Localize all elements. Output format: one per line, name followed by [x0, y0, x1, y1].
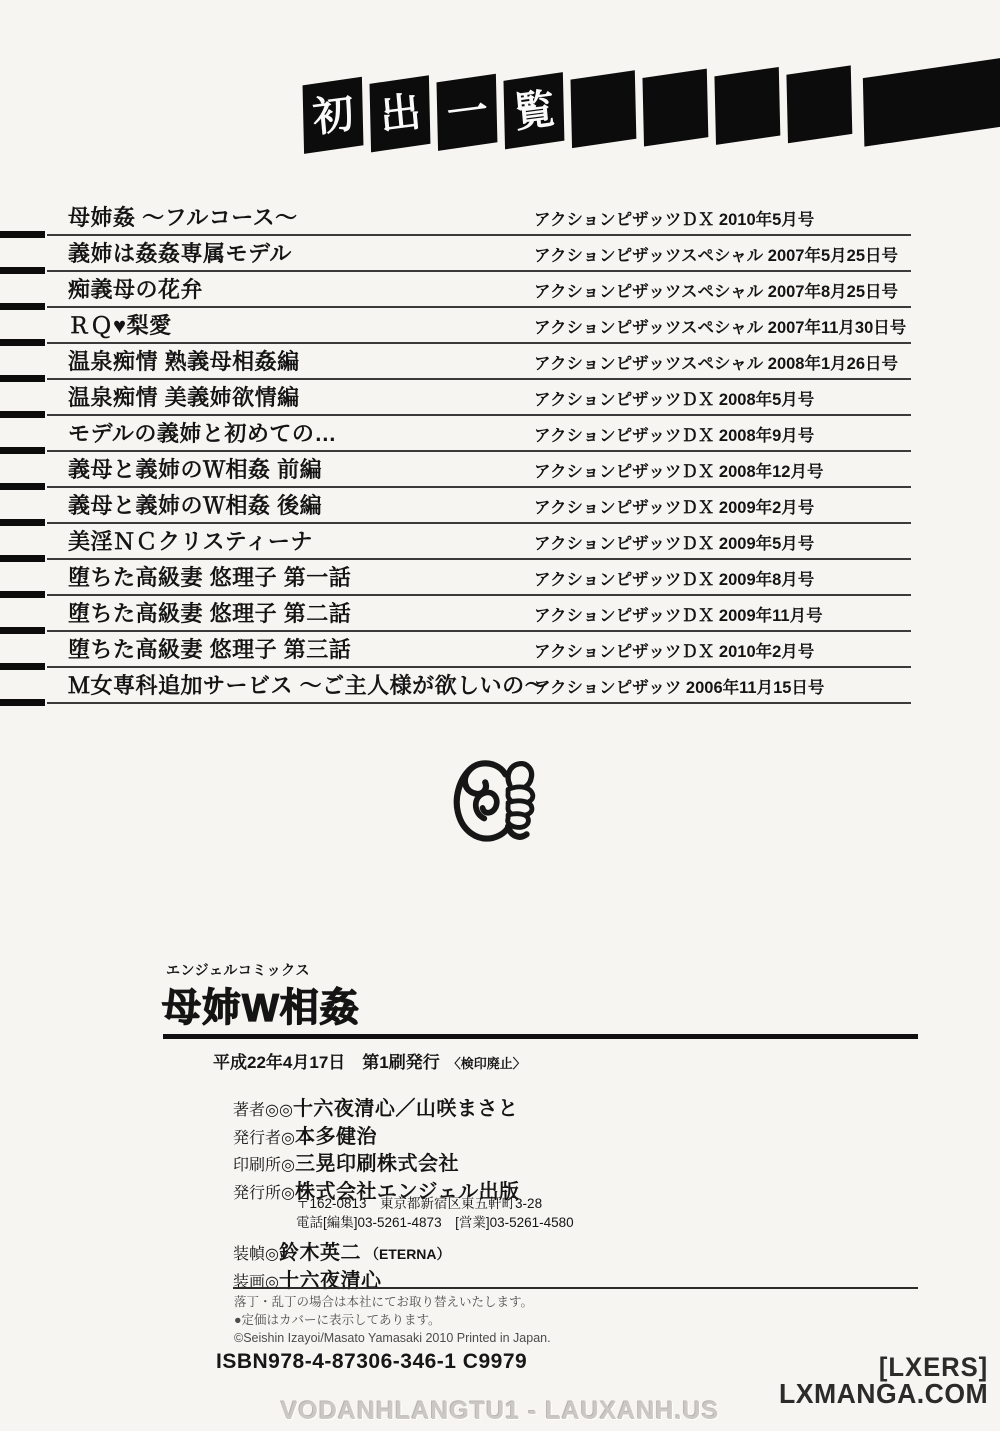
work-title: 義母と義姉のＷ相姦 後編 — [68, 489, 322, 520]
work-publication: アクションピザッツＤＸ 2009年8月号 — [534, 566, 814, 590]
work-publication: アクションピザッツスペシャル 2008年1月26日号 — [534, 350, 898, 374]
work-title: 温泉痴情 熟義母相姦編 — [68, 345, 300, 376]
work-row: 義母と義姉のＷ相姦 後編アクションピザッツＤＸ 2009年2月号 — [0, 488, 1000, 524]
credit-label: 発行者◎ — [233, 1125, 295, 1148]
work-row: モデルの義姉と初めての…アクションピザッツＤＸ 2008年9月号 — [0, 416, 1000, 452]
banner-tile: 覧 — [503, 72, 564, 149]
staff-name: 鈴木英二 — [279, 1236, 361, 1265]
first-publication-list: 母姉姦 ～フルコース～アクションピザッツＤＸ 2010年5月号 義姉は姦姦専属モ… — [0, 200, 1000, 720]
credit-label: 著者◎◎ — [233, 1097, 293, 1120]
work-publication: アクションピザッツスペシャル 2007年5月25日号 — [534, 242, 898, 266]
work-row: Ｍ女専科追加サービス ～ご主人様が欲しいの～アクションピザッツ 2006年11月… — [0, 668, 1000, 704]
work-title: ＲＱ♥梨愛 — [68, 309, 172, 340]
work-title: 義姉は姦姦専属モデル — [68, 237, 292, 268]
isbn-line: ISBN978-4-87306-346-1 C9979 — [216, 1350, 527, 1374]
work-title: モデルの義姉と初めての… — [68, 417, 337, 448]
credit-row-author: 著者◎◎十六夜清心／山咲まさと — [233, 1092, 520, 1120]
first-publication-banner: 初 出 一 覧 — [302, 66, 1000, 150]
angel-a-logo-graphic — [450, 754, 538, 846]
banner-tile: 初 — [303, 77, 364, 154]
work-publication: アクションピザッツＤＸ 2010年2月号 — [534, 638, 814, 662]
work-row: 温泉痴情 熟義母相姦編アクションピザッツスペシャル 2008年1月26日号 — [0, 344, 1000, 380]
work-publication: アクションピザッツＤＸ 2008年12月号 — [534, 458, 824, 482]
publisher-phone-numbers: 電話[編集]03-5261-4873 [営業]03-5261-4580 — [296, 1213, 574, 1232]
book-title: 母姉W相姦 — [162, 977, 360, 1033]
row-marker-bar — [0, 699, 45, 706]
notices-block: 落丁・乱丁の場合は本社にてお取り替えいたします。 ●定価はカバーに表示してありま… — [234, 1294, 551, 1347]
staff-row-cover-design: 装幀◎鈴木英二（ETERNA） — [233, 1236, 451, 1264]
work-row: ＲＱ♥梨愛アクションピザッツスペシャル 2007年11月30日号 — [0, 308, 1000, 344]
banner-blank-tile — [863, 57, 1000, 147]
edition-note: 〈検印廃止〉 — [448, 1056, 526, 1071]
credit-row-publisher-person: 発行者◎本多健治 — [233, 1120, 520, 1148]
banner-blank-tile — [642, 69, 708, 147]
banner-char: 初 — [311, 92, 355, 138]
staff-label: 装幀◎ — [233, 1241, 279, 1264]
banner-char: 出 — [378, 91, 422, 137]
work-row: 温泉痴情 美義姉欲情編アクションピザッツＤＸ 2008年5月号 — [0, 380, 1000, 416]
credits-block: 著者◎◎十六夜清心／山咲まさと 発行者◎本多健治 印刷所◎三晃印刷株式会社 発行… — [233, 1092, 520, 1202]
watermark-right: [LXERS] LXMANGA.COM — [779, 1355, 988, 1407]
work-row: 義姉は姦姦専属モデルアクションピザッツスペシャル 2007年5月25日号 — [0, 236, 1000, 272]
work-row: 母姉姦 ～フルコース～アクションピザッツＤＸ 2010年5月号 — [0, 200, 1000, 236]
work-publication: アクションピザッツＤＸ 2008年9月号 — [534, 422, 814, 446]
work-publication: アクションピザッツスペシャル 2007年11月30日号 — [534, 314, 906, 338]
staff-block: 装幀◎鈴木英二（ETERNA） 装画◎十六夜清心 — [233, 1236, 451, 1291]
banner-char: 覧 — [512, 88, 556, 134]
banner-blank-tile — [714, 67, 780, 145]
banner-tile: 出 — [370, 75, 431, 152]
credit-name: 三晃印刷株式会社 — [295, 1147, 459, 1176]
edition-date: 平成22年4月17日 第1刷発行 — [213, 1053, 440, 1072]
notice-returns: 落丁・乱丁の場合は本社にてお取り替えいたします。 — [234, 1294, 551, 1312]
credit-label: 発行所◎ — [233, 1180, 295, 1203]
colophon-page: 初 出 一 覧 母姉姦 ～フルコース～アクションピザッツＤＸ 2010年5月号 … — [0, 0, 1000, 1431]
edition-line: 平成22年4月17日 第1刷発行〈検印廃止〉 — [213, 1048, 526, 1073]
work-title: 温泉痴情 美義姉欲情編 — [68, 381, 300, 412]
work-row: 堕ちた高級妻 悠理子 第二話アクションピザッツＤＸ 2009年11月号 — [0, 596, 1000, 632]
work-publication: アクションピザッツＤＸ 2009年5月号 — [534, 530, 814, 554]
work-publication: アクションピザッツＤＸ 2009年11月号 — [534, 602, 823, 626]
banner-char: 一 — [445, 89, 489, 135]
credit-row-printer: 印刷所◎三晃印刷株式会社 — [233, 1147, 520, 1175]
work-title: 義母と義姉のＷ相姦 前編 — [68, 453, 322, 484]
work-title: Ｍ女専科追加サービス ～ご主人様が欲しいの～ — [68, 669, 547, 700]
work-title: 堕ちた高級妻 悠理子 第三話 — [68, 633, 351, 664]
watermark-right-line2: LXMANGA.COM — [779, 1381, 988, 1408]
banner-blank-tile — [786, 65, 852, 143]
work-publication: アクションピザッツスペシャル 2007年8月25日号 — [534, 278, 898, 302]
work-row: 堕ちた高級妻 悠理子 第三話アクションピザッツＤＸ 2010年2月号 — [0, 632, 1000, 668]
staff-note: （ETERNA） — [365, 1244, 451, 1264]
banner-tile: 一 — [436, 74, 497, 151]
work-publication: アクションピザッツ 2006年11月15日号 — [534, 674, 824, 698]
notice-copyright: ©Seishin Izayoi/Masato Yamasaki 2010 Pri… — [234, 1330, 551, 1348]
banner-blank-tile — [570, 70, 636, 148]
work-row: 義母と義姉のＷ相姦 前編アクションピザッツＤＸ 2008年12月号 — [0, 452, 1000, 488]
work-publication: アクションピザッツＤＸ 2009年2月号 — [534, 494, 814, 518]
work-title: 堕ちた高級妻 悠理子 第二話 — [68, 597, 351, 628]
work-title: 堕ちた高級妻 悠理子 第一話 — [68, 561, 351, 592]
work-title: 美淫ＮＣクリスティーナ — [68, 525, 313, 556]
title-rule — [163, 1034, 918, 1039]
publisher-address: 〒162-0813 東京都新宿区東五軒町3-28 電話[編集]03-5261-4… — [296, 1194, 574, 1232]
work-row: 美淫ＮＣクリスティーナアクションピザッツＤＸ 2009年5月号 — [0, 524, 1000, 560]
credit-label: 印刷所◎ — [233, 1152, 295, 1175]
watermark-right-line1: [LXERS] — [779, 1355, 988, 1381]
work-title: 痴義母の花弁 — [68, 273, 203, 304]
notice-price: ●定価はカバーに表示してあります。 — [234, 1312, 551, 1330]
work-row: 痴義母の花弁アクションピザッツスペシャル 2007年8月25日号 — [0, 272, 1000, 308]
credit-name: 本多健治 — [295, 1120, 377, 1149]
work-title: 母姉姦 ～フルコース～ — [68, 201, 298, 232]
row-rule — [47, 702, 911, 704]
publisher-postal-address: 〒162-0813 東京都新宿区東五軒町3-28 — [296, 1194, 574, 1213]
angel-publishing-logo — [450, 754, 538, 846]
work-publication: アクションピザッツＤＸ 2008年5月号 — [534, 386, 814, 410]
work-row: 堕ちた高級妻 悠理子 第一話アクションピザッツＤＸ 2009年8月号 — [0, 560, 1000, 596]
notices-rule — [233, 1287, 918, 1289]
work-publication: アクションピザッツＤＸ 2010年5月号 — [534, 206, 814, 230]
credit-name: 十六夜清心／山咲まさと — [293, 1092, 519, 1121]
